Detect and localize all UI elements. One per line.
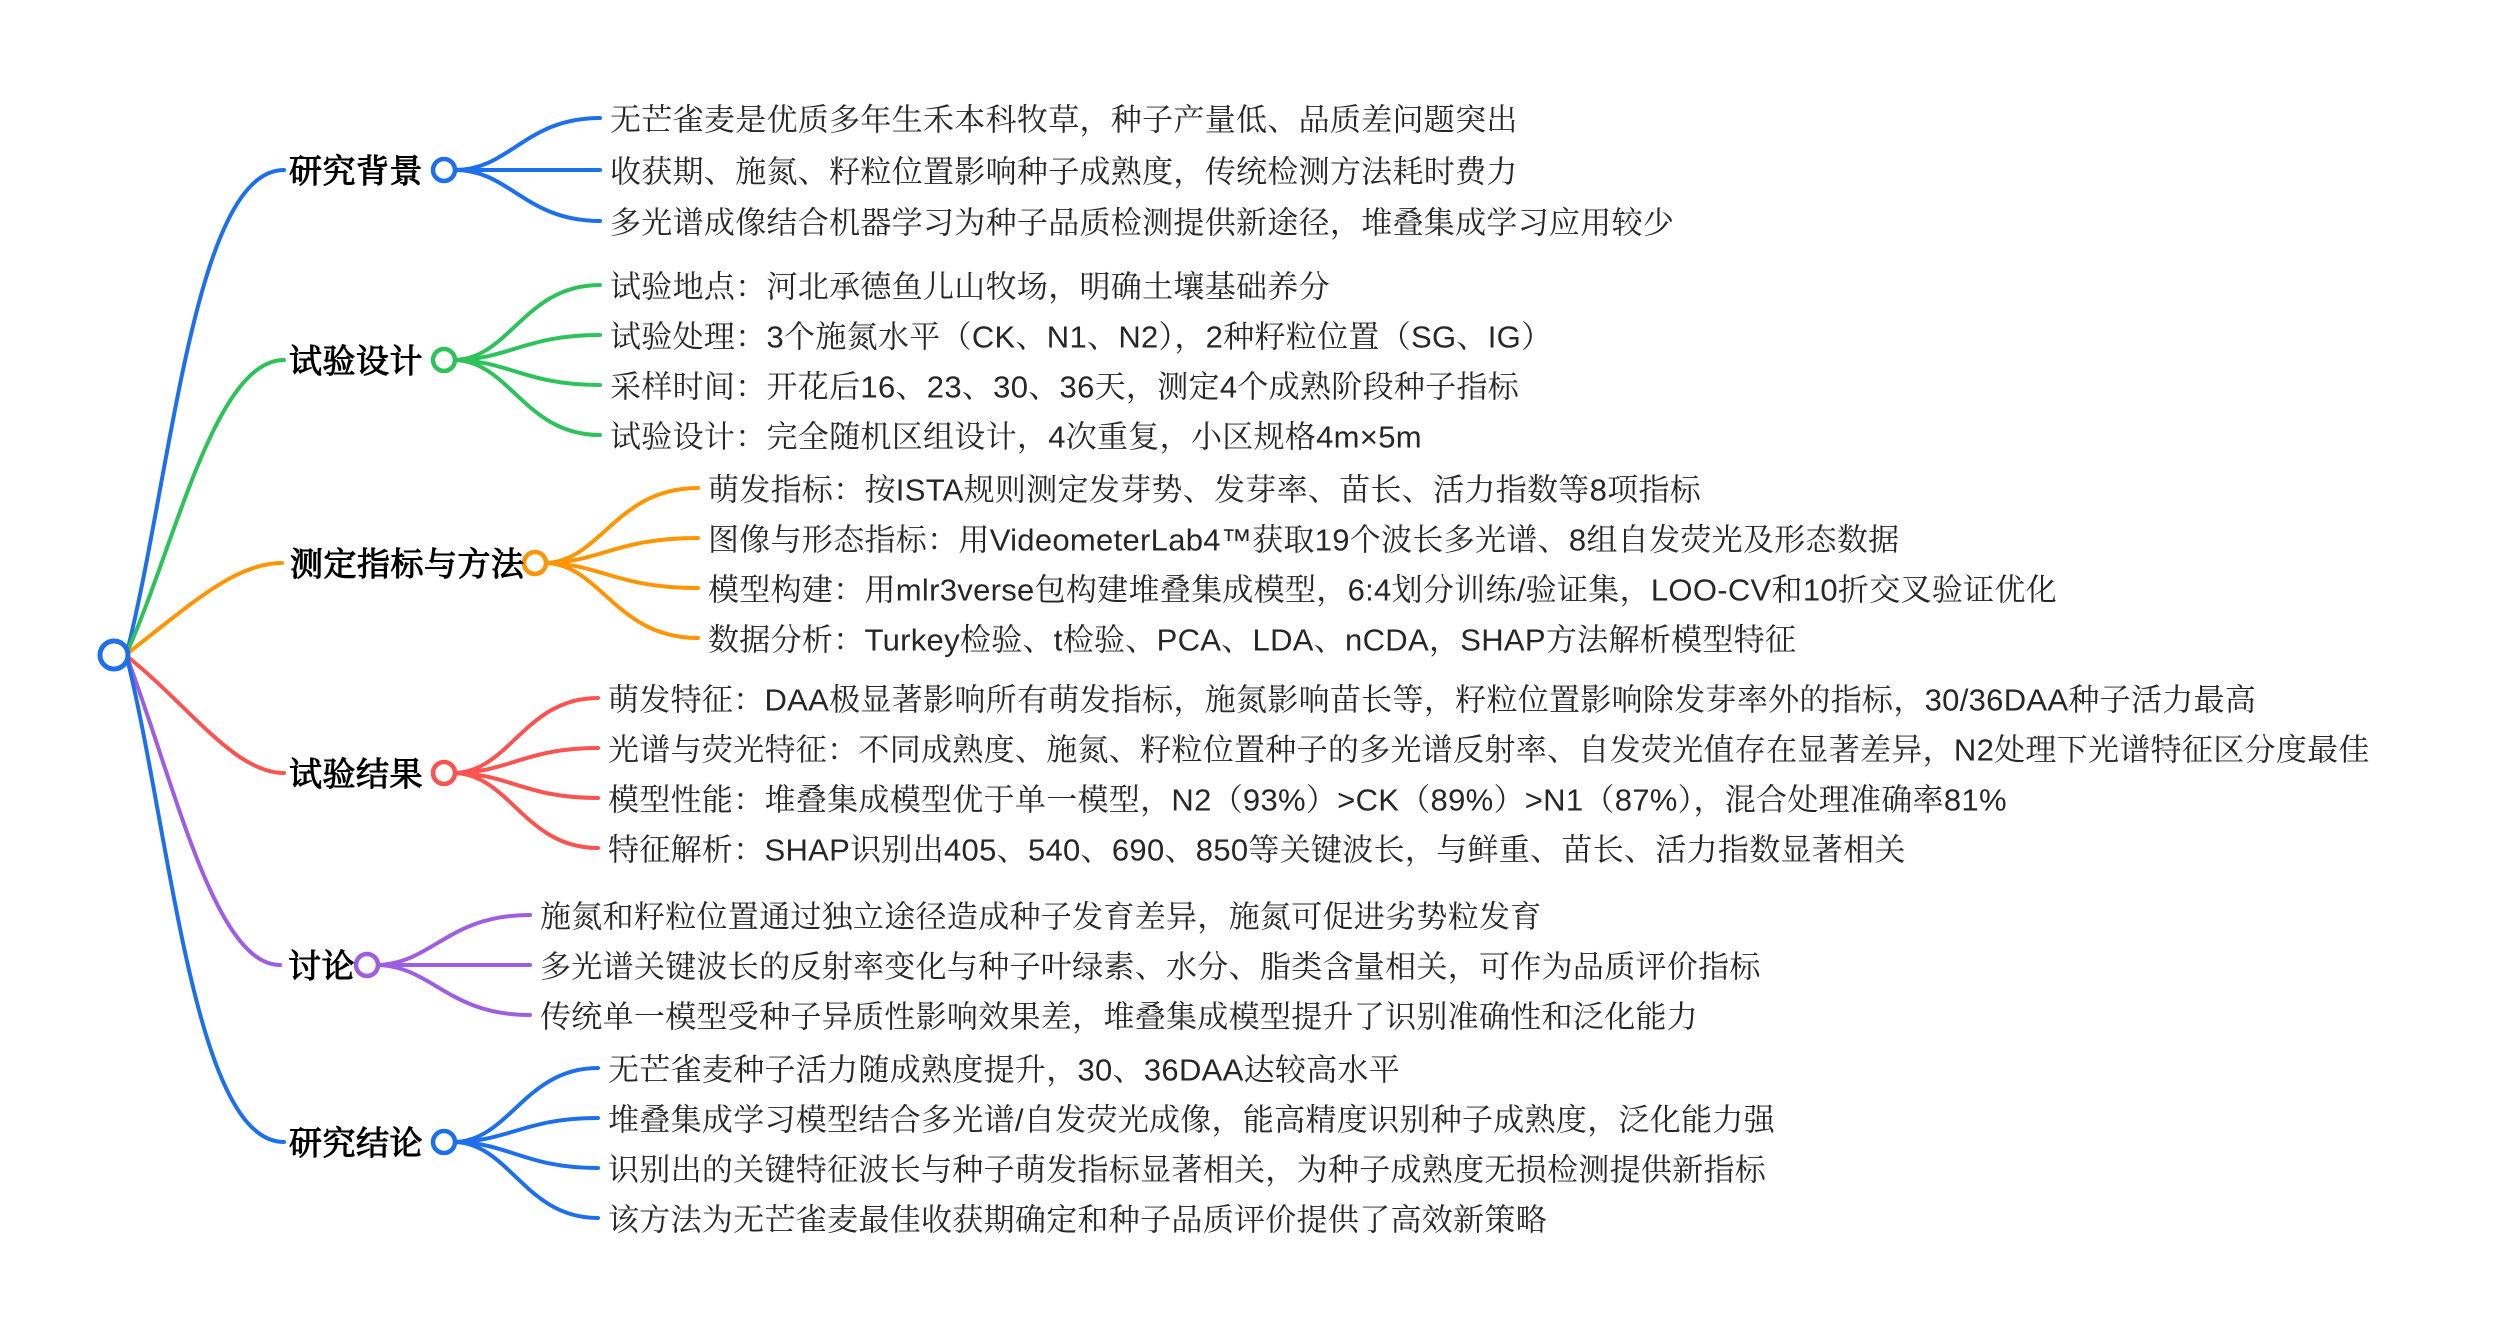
leaf-node[interactable]: 多光谱成像结合机器学习为种子品质检测提供新途径，堆叠集成学习应用较少: [610, 198, 1674, 243]
leaf-node[interactable]: 收获期、施氮、籽粒位置影响种子成熟度，传统检测方法耗时费力: [610, 147, 1518, 192]
branch-circle-results[interactable]: [433, 762, 455, 784]
connector-leaf: [455, 170, 600, 221]
leaf-node[interactable]: 模型性能：堆叠集成模型优于单一模型，N2（93%）>CK（89%）>N1（87%…: [608, 775, 2007, 820]
branch-circle-background[interactable]: [433, 159, 455, 181]
leaf-node[interactable]: 萌发特征：DAA极显著影响所有萌发指标，施氮影响苗长等，籽粒位置影响除发芽率外的…: [608, 675, 2256, 720]
leaf-node[interactable]: 图像与形态指标：用VideometerLab4™获取19个波长多光谱、8组自发荧…: [708, 515, 1899, 560]
connector-leaf: [455, 1118, 598, 1142]
mindmap-canvas: 研究背景 试验设计 测定指标与方法 试验结果 讨论 研究结论 无芒雀麦是优质多年…: [0, 0, 2512, 1332]
branch-label-results[interactable]: 试验结果: [289, 749, 423, 796]
leaf-node[interactable]: 数据分析：Turkey检验、t检验、PCA、LDA、nCDA，SHAP方法解析模…: [708, 615, 1796, 660]
root-circle[interactable]: [100, 641, 128, 669]
connector-root-discussion: [128, 660, 280, 965]
leaf-node[interactable]: 堆叠集成学习模型结合多光谱/自发荧光成像，能高精度识别种子成熟度，泛化能力强: [608, 1095, 1775, 1140]
connector-leaf: [546, 563, 698, 638]
leaf-node[interactable]: 多光谱关键波长的反射率变化与种子叶绿素、水分、脂类含量相关，可作为品质评价指标: [540, 942, 1761, 987]
connector-root-results: [128, 657, 284, 773]
branch-circle-discussion[interactable]: [356, 954, 378, 976]
connector-leaf: [455, 698, 598, 773]
leaf-node[interactable]: 无芒雀麦是优质多年生禾本科牧草，种子产量低、品质差问题突出: [610, 95, 1518, 140]
branch-circle-conclusion[interactable]: [433, 1131, 455, 1153]
leaf-node[interactable]: 试验设计：完全随机区组设计，4次重复，小区规格4m×5m: [610, 412, 1422, 457]
connector-leaf: [546, 538, 698, 563]
branch-circle-methods[interactable]: [524, 552, 546, 574]
connector-leaf: [378, 915, 530, 965]
branch-label-background[interactable]: 研究背景: [289, 146, 423, 193]
connector-root-background: [128, 170, 284, 648]
leaf-node[interactable]: 传统单一模型受种子异质性影响效果差，堆叠集成模型提升了识别准确性和泛化能力: [540, 992, 1698, 1037]
connector-leaf: [455, 118, 600, 170]
branch-circle-design[interactable]: [433, 349, 455, 371]
connector-root-methods: [128, 563, 282, 653]
connector-leaf: [455, 285, 600, 360]
connector-leaf: [455, 1142, 598, 1218]
leaf-node[interactable]: 无芒雀麦种子活力随成熟度提升，30、36DAA达较高水平: [608, 1045, 1400, 1090]
connector-leaf: [455, 1068, 598, 1142]
leaf-node[interactable]: 特征解析：SHAP识别出405、540、690、850等关键波长，与鲜重、苗长、…: [608, 825, 1906, 870]
connector-leaf: [455, 773, 598, 848]
leaf-node[interactable]: 光谱与荧光特征：不同成熟度、施氮、籽粒位置种子的多光谱反射率、自发荧光值存在显著…: [608, 725, 2370, 770]
branch-label-discussion[interactable]: 讨论: [288, 941, 355, 988]
connector-root-design: [128, 360, 284, 650]
branch-label-methods[interactable]: 测定指标与方法: [290, 539, 525, 586]
connector-root-conclusion: [128, 662, 284, 1142]
connector-leaf: [455, 335, 600, 360]
leaf-node[interactable]: 识别出的关键特征波长与种子萌发指标显著相关，为种子成熟度无损检测提供新指标: [608, 1145, 1766, 1190]
branch-label-design[interactable]: 试验设计: [289, 336, 423, 383]
leaf-node[interactable]: 试验地点：河北承德鱼儿山牧场，明确土壤基础养分: [610, 262, 1330, 307]
leaf-node[interactable]: 萌发指标：按ISTA规则测定发芽势、发芽率、苗长、活力指数等8项指标: [708, 465, 1701, 510]
connector-leaf: [378, 965, 530, 1015]
leaf-node[interactable]: 试验处理：3个施氮水平（CK、N1、N2），2种籽粒位置（SG、IG）: [610, 312, 1552, 357]
leaf-node[interactable]: 采样时间：开花后16、23、30、36天，测定4个成熟阶段种子指标: [610, 362, 1519, 407]
branch-label-conclusion[interactable]: 研究结论: [289, 1118, 423, 1165]
leaf-node[interactable]: 施氮和籽粒位置通过独立途径造成种子发育差异，施氮可促进劣势粒发育: [540, 892, 1542, 937]
leaf-node[interactable]: 该方法为无芒雀麦最佳收获期确定和种子品质评价提供了高效新策略: [608, 1195, 1547, 1240]
leaf-node[interactable]: 模型构建：用mlr3verse包构建堆叠集成模型，6:4划分训练/验证集，LOO…: [708, 565, 2057, 610]
connector-leaf: [455, 360, 600, 435]
connector-leaf: [546, 488, 698, 563]
